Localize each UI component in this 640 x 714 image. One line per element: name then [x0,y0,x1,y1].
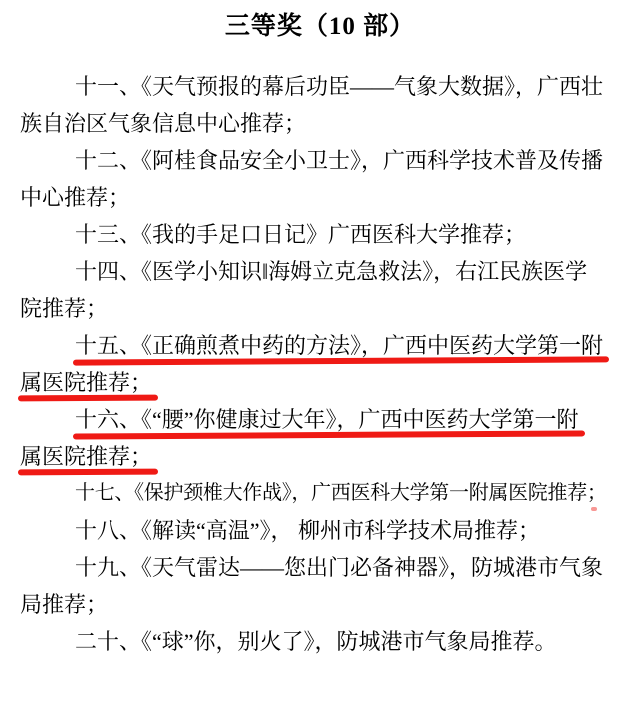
doc-line-text: 十八、《解读“高温”》， 柳州市科学技术局推荐； [75,512,540,549]
doc-line: 院推荐； [20,290,620,327]
doc-line-text: 族自治区气象信息中心推荐； [20,105,306,142]
doc-line-text: 十四、《医学小知识‖海姆立克急救法》，右江民族医学 [75,253,587,290]
doc-line-text: 十三、《我的手足口日记》广西医科大学推荐； [75,216,526,253]
doc-line: 局推荐； [20,586,620,623]
doc-line: 十一、《天气预报的幕后功臣——气象大数据》，广西壮 [20,68,620,105]
doc-line-text: 十二、《阿桂食品安全小卫士》，广西科学技术普及传播 [75,142,603,179]
page-title: 三等奖（10 部） [20,0,620,44]
doc-line: 十四、《医学小知识‖海姆立克急救法》，右江民族医学 [20,253,620,290]
doc-line: 十三、《我的手足口日记》广西医科大学推荐； [20,216,620,253]
doc-line-text: 十五、《正确煎煮中药的方法》，广西中医药大学第一附 [75,327,603,364]
doc-line-text: 局推荐； [20,586,108,623]
doc-line-text: 十六、《“腰”你健康过大年》，广西中医药大学第一附 [75,401,579,438]
document-page: { "document": { "title": "三等奖（10 部）", "l… [0,0,640,714]
doc-line-text: 属医院推荐； [20,438,152,475]
doc-line-text: 十一、《天气预报的幕后功臣——气象大数据》，广西壮 [75,68,603,105]
doc-line-underlined: 十五、《正确煎煮中药的方法》，广西中医药大学第一附 [20,327,620,364]
doc-line: 十二、《阿桂食品安全小卫士》，广西科学技术普及传播 [20,142,620,179]
document-body: 三等奖（10 部） 十一、《天气预报的幕后功臣——气象大数据》，广西壮 族自治区… [0,0,640,660]
award-list: 十一、《天气预报的幕后功臣——气象大数据》，广西壮 族自治区气象信息中心推荐； … [20,68,620,660]
doc-line: 十七、《保护颈椎大作战》，广西医科大学第一附属医院推荐； [20,475,620,512]
doc-line-text: 院推荐； [20,290,108,327]
doc-line-text: 二十、《“球”你，别火了》，防城港市气象局推荐。 [75,623,557,660]
doc-line-underlined: 属医院推荐； [20,438,620,475]
stray-red-mark [591,507,597,511]
doc-line: 十八、《解读“高温”》， 柳州市科学技术局推荐； [20,512,620,549]
doc-line-text: 中心推荐； [20,179,130,216]
doc-line: 中心推荐； [20,179,620,216]
doc-line: 族自治区气象信息中心推荐； [20,105,620,142]
doc-line-underlined: 属医院推荐； [20,364,620,401]
doc-line: 二十、《“球”你，别火了》，防城港市气象局推荐。 [20,623,620,660]
doc-line-text: 十九、《天气雷达——您出门必备神器》，防城港市气象 [75,549,603,586]
doc-line-text: 属医院推荐； [20,364,152,401]
doc-line: 十九、《天气雷达——您出门必备神器》，防城港市气象 [20,549,620,586]
doc-line-underlined: 十六、《“腰”你健康过大年》，广西中医药大学第一附 [20,401,620,438]
doc-line-text: 十七、《保护颈椎大作战》，广西医科大学第一附属医院推荐； [75,475,607,512]
